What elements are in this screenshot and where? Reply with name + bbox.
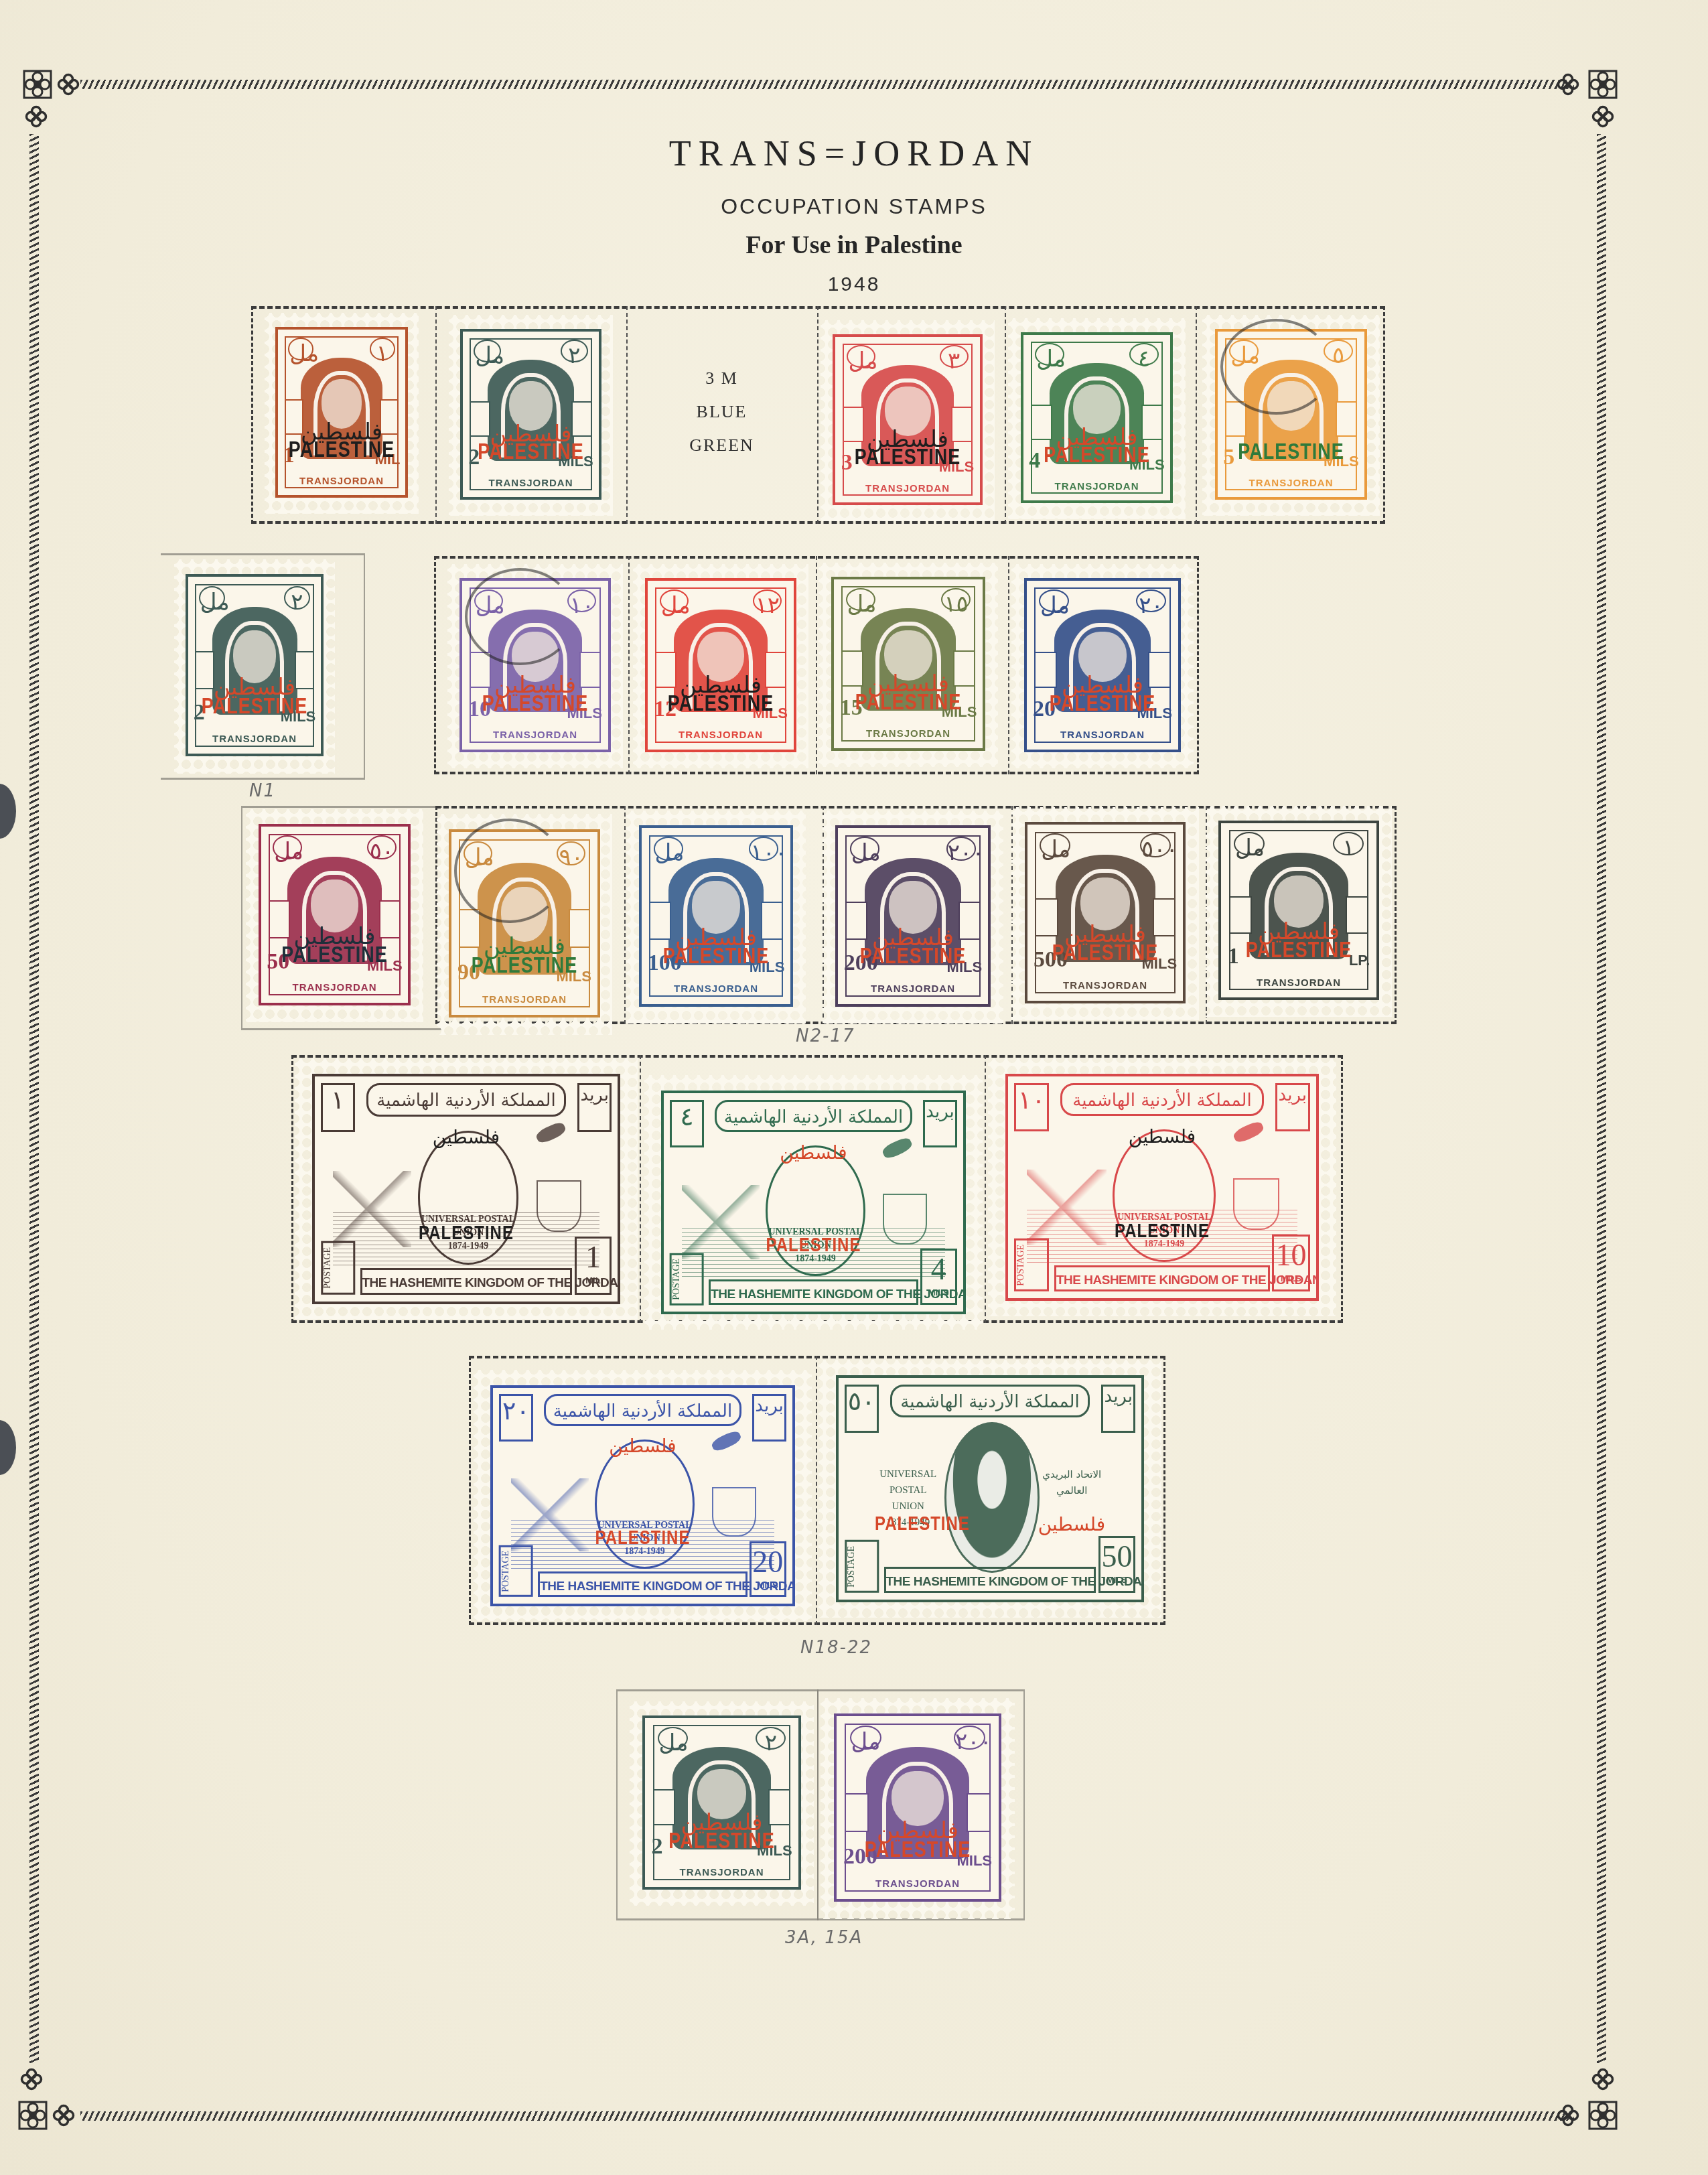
country-name: TRANSJORDAN [462, 729, 608, 741]
upu-side-text-line: UNIVERSAL POSTAL [877, 1466, 938, 1498]
page-subtitle: OCCUPATION STAMPS [0, 194, 1708, 219]
cell-divider [1196, 306, 1197, 524]
postage-arabic: مل [658, 1727, 688, 1750]
catalog-note-row5: N18-22 [800, 1638, 872, 1658]
postmark-cancel [454, 819, 565, 924]
overprint-latin: PALESTINE [835, 444, 980, 470]
country-name: THE HASHEMITE KINGDOM OF THE JORDAN [709, 1279, 918, 1306]
postmark-cancel [1220, 319, 1332, 415]
postage-arabic: مل [1035, 343, 1064, 366]
border-left [29, 134, 39, 2063]
overprint-latin: PALESTINE [1023, 442, 1171, 468]
country-name: THE HASHEMITE KINGDOM OF THE JORDAN [538, 1571, 748, 1597]
cell-divider [626, 306, 628, 524]
value-arabic: ١ [321, 1083, 355, 1132]
overprint-arabic: فلسطين [1038, 1513, 1105, 1535]
value-arabic: ١٠٠ [749, 837, 778, 860]
stamp[interactable]: مل٥٠٠500MILSTRANSJORDANفلسطينPALESTINE [1011, 807, 1199, 1020]
stamp-design: مل٤4MILSTRANSJORDANفلسطينPALESTINE [1021, 332, 1173, 503]
country-name: TRANSJORDAN [463, 478, 599, 489]
stamp[interactable]: مل٤4MILSTRANSJORDANفلسطينPALESTINE [1008, 318, 1186, 519]
postage-arabic: بريد [752, 1394, 786, 1441]
postage-arabic: مل [1234, 832, 1265, 855]
value-arabic: ١ [370, 338, 395, 360]
overprint-arabic: فلسطين [664, 1141, 963, 1164]
overprint-latin: PALESTINE [838, 944, 988, 970]
country-name: THE HASHEMITE KINGDOM OF THE JORDAN [1054, 1265, 1270, 1291]
postage-arabic: بريد [577, 1083, 612, 1132]
rosette-icon [17, 2100, 48, 2131]
stamp[interactable]: مل٢2MILSTRANSJORDANفلسطينPALESTINE [449, 315, 613, 516]
cell-divider [816, 1356, 817, 1625]
stamp-design: مل١٥15MILSTRANSJORDANفلسطينPALESTINE [831, 577, 986, 750]
overprint-latin: PALESTINE [642, 944, 791, 970]
empty-space-label-line: BLUE [636, 395, 807, 429]
rosette-icon [1587, 2100, 1618, 2131]
king-portrait [944, 1422, 1040, 1572]
value-arabic: ٢٠ [1136, 589, 1166, 612]
country-name: TRANSJORDAN [1221, 977, 1376, 989]
stamp-design: مل١1MILTRANSJORDANفلسطينPALESTINE [275, 327, 408, 498]
stamp[interactable]: ١٠بريدالمملكة الأردنية الهاشميةUNIVERSAL… [988, 1058, 1336, 1316]
empty-space-label-line: GREEN [636, 429, 807, 462]
stamp[interactable]: مل٢٠٠200MILSTRANSJORDANفلسطينPALESTINE [823, 811, 1003, 1024]
postage-arabic: مل [654, 837, 683, 860]
overprint-latin: PALESTINE [451, 953, 597, 979]
punch-hole-icon [0, 784, 16, 839]
overprint-latin: PALESTINE [261, 942, 409, 969]
value-arabic: ٤ [670, 1100, 704, 1147]
overprint-arabic: فلسطين [1008, 1125, 1316, 1147]
stamp[interactable]: ٤بريدالمملكة الأردنية الهاشميةUNIVERSAL … [644, 1075, 983, 1330]
stamp[interactable]: مل٣3MILSTRANSJORDANفلسطينPALESTINE [821, 320, 995, 521]
value-arabic: ٥٠ [845, 1385, 879, 1433]
postage-arabic: مل [847, 345, 875, 368]
stamp[interactable]: ٥٠بريدالمملكة الأردنية الهاشميةUNIVERSAL… [819, 1360, 1161, 1618]
value-arabic: ١٥ [941, 588, 971, 611]
punch-hole-icon [0, 1420, 16, 1475]
cell-divider [816, 556, 817, 774]
postage-label: POSTAGE [845, 1540, 879, 1593]
overprint-latin: PALESTINE [837, 1837, 998, 1864]
empty-space-label-line: 3 M [636, 362, 807, 395]
overprint-arabic: فلسطين [315, 1126, 618, 1148]
overprint-latin: PALESTINE [1221, 937, 1376, 963]
stamp-design: مل٥٠٠500MILSTRANSJORDANفلسطينPALESTINE [1025, 822, 1186, 1003]
rosette-icon [1587, 69, 1618, 100]
overprint-latin: PALESTINE [1027, 940, 1184, 967]
stamp[interactable]: مل٥٠50MILSTRANSJORDANفلسطينPALESTINE [246, 809, 423, 1022]
stamp[interactable]: مل٢2MILSTRANSJORDANفلسطينPALESTINE [174, 559, 335, 774]
country-name: TRANSJORDAN [838, 983, 988, 995]
postage-arabic: مل [288, 338, 313, 360]
kingdom-arabic-banner: المملكة الأردنية الهاشمية [544, 1394, 741, 1426]
border-bottom [80, 2111, 1574, 2121]
cell-divider [624, 806, 626, 1024]
year-heading: 1948 [0, 273, 1708, 296]
postage-label: POSTAGE [321, 1241, 355, 1295]
country-name: TRANSJORDAN [1023, 481, 1171, 492]
country-name: TRANSJORDAN [1027, 980, 1184, 991]
stamp-design: مل١٢12MILSTRANSJORDANفلسطينPALESTINE [645, 578, 796, 752]
stamp-design: ٢٠بريدالمملكة الأردنية الهاشميةUNIVERSAL… [490, 1385, 795, 1606]
value-arabic: ٢٠٠ [954, 1726, 985, 1750]
empty-space-label: 3 MBLUEGREEN [636, 362, 807, 462]
value-numeral: 50 [1100, 1538, 1134, 1575]
stamp-design: مل٢٠٠200MILSTRANSJORDANفلسطينPALESTINE [835, 825, 991, 1006]
stamp-design: مل٢2MILSTRANSJORDANفلسطينPALESTINE [186, 574, 324, 756]
stamp[interactable]: مل٢2MILSTRANSJORDANفلسطينPALESTINE [630, 1701, 814, 1906]
border-top [80, 80, 1574, 89]
cell-divider [628, 556, 630, 774]
catalog-note-row3: N2-17 [796, 1026, 855, 1046]
country-name: TRANSJORDAN [261, 982, 409, 993]
kingdom-arabic-banner: المملكة الأردنية الهاشمية [366, 1083, 567, 1117]
stamp-design: مل٥٠50MILSTRANSJORDANفلسطينPALESTINE [259, 824, 411, 1005]
stamp-design: مل١٠٠100MILSTRANSJORDANفلسطينPALESTINE [639, 825, 794, 1006]
cell-divider [817, 306, 819, 524]
stamp-design: مل٢2MILSTRANSJORDANفلسطينPALESTINE [460, 329, 601, 500]
usage-heading: For Use in Palestine [0, 230, 1708, 260]
overprint-latin: PALESTINE [315, 1222, 618, 1245]
country-name: TRANSJORDAN [188, 733, 321, 745]
postage-arabic: بريد [923, 1100, 957, 1147]
stamp-design: مل٣3MILSTRANSJORDANفلسطينPALESTINE [833, 334, 983, 505]
stamp[interactable]: مل١٠٠100MILSTRANSJORDANفلسطينPALESTINE [626, 811, 806, 1024]
stamp-design: مل٢2MILSTRANSJORDANفلسطينPALESTINE [642, 1715, 801, 1889]
stamp-design: مل٢٠٠200MILSTRANSJORDANفلسطينPALESTINE [834, 1713, 1001, 1902]
overprint-latin: PALESTINE [664, 1234, 963, 1257]
overprint-latin: PALESTINE [875, 1512, 970, 1535]
postage-arabic: بريد [1275, 1083, 1310, 1131]
postage-arabic: مل [1039, 589, 1069, 612]
album-page: TRANS=JORDAN OCCUPATION STAMPS For Use i… [0, 0, 1708, 2175]
cell-divider [1005, 306, 1006, 524]
postage-arabic: بريد [1101, 1385, 1135, 1433]
quatrefoil-icon [23, 104, 49, 129]
stamp-design: ٤بريدالمملكة الأردنية الهاشميةUNIVERSAL … [661, 1091, 966, 1314]
stamp-design: مل٢٠20MILSTRANSJORDANفلسطينPALESTINE [1024, 578, 1181, 752]
rosette-icon [22, 69, 53, 100]
stamp[interactable]: مل٢٠٠200MILSTRANSJORDANفلسطينPALESTINE [821, 1698, 1015, 1919]
stamp[interactable]: مل١٢12MILSTRANSJORDANفلسطينPALESTINE [633, 564, 808, 768]
stamp[interactable]: مل٢٠20MILSTRANSJORDANفلسطينPALESTINE [1011, 564, 1194, 768]
country-name: TRANSJORDAN [278, 476, 405, 487]
side-ornament [1336, 401, 1358, 437]
cell-divider [640, 1055, 641, 1323]
value-arabic: ١ [1333, 832, 1364, 855]
kingdom-arabic-banner: المملكة الأردنية الهاشمية [890, 1385, 1090, 1417]
overprint-latin: PALESTINE [1008, 1219, 1316, 1243]
country-name: TRANSJORDAN [648, 729, 793, 741]
overprint-arabic: فلسطين [493, 1435, 792, 1457]
stamp[interactable]: ١بريدالمملكة الأردنية الهاشميةUNIVERSAL … [295, 1058, 638, 1320]
postage-label: POSTAGE [670, 1253, 704, 1306]
quatrefoil-icon [1590, 104, 1616, 129]
value-arabic: ١٠ [1014, 1083, 1049, 1131]
overprint-latin: PALESTINE [648, 691, 793, 717]
overprint-latin: PALESTINE [645, 1828, 798, 1854]
country-name: TRANSJORDAN [451, 994, 597, 1005]
catalog-note-row6: 3A, 15A [785, 1928, 863, 1948]
country-name: TRANSJORDAN [642, 983, 791, 995]
cell-divider [985, 1055, 986, 1323]
overprint-latin: PALESTINE [1027, 691, 1178, 717]
overprint-latin: PALESTINE [463, 439, 599, 465]
value-arabic: ٣ [940, 345, 969, 368]
quatrefoil-icon [1555, 72, 1581, 97]
postage-label: POSTAGE [1014, 1239, 1049, 1291]
country-name: TRANSJORDAN [835, 483, 980, 494]
postmark-cancel [465, 568, 575, 665]
stamp[interactable]: ٢٠بريدالمملكة الأردنية الهاشميةUNIVERSAL… [474, 1370, 812, 1621]
stamp[interactable]: مل١1LP.TRANSJORDANفلسطينPALESTINE [1206, 806, 1392, 1017]
stamp-design: ١٠بريدالمملكة الأردنية الهاشميةUNIVERSAL… [1005, 1074, 1319, 1301]
value-arabic: ٥٠٠ [1140, 833, 1171, 857]
overprint-latin: PALESTINE [1218, 439, 1365, 465]
country-name: THE HASHEMITE KINGDOM OF THE JORDAN [360, 1268, 573, 1295]
postage-arabic: مل [474, 340, 500, 362]
postage-arabic: مل [199, 586, 226, 610]
overprint-latin: PALESTINE [834, 689, 983, 715]
country-name: TRANSJORDAN [837, 1878, 998, 1890]
value-arabic: ٢٠٠ [946, 837, 976, 860]
stamp[interactable]: مل٥5MILSTRANSJORDANPALESTINE [1202, 315, 1380, 516]
side-ornament [1225, 401, 1247, 437]
postage-arabic: مل [850, 1726, 881, 1750]
value-arabic: ١٢ [753, 589, 782, 612]
quatrefoil-icon [51, 2103, 76, 2128]
postage-label: POSTAGE [499, 1545, 533, 1597]
cell-divider [817, 1689, 819, 1920]
kingdom-arabic-banner: المملكة الأردنية الهاشمية [1060, 1083, 1264, 1116]
kingdom-arabic-banner: المملكة الأردنية الهاشمية [715, 1100, 912, 1132]
postage-arabic: مل [846, 588, 875, 611]
quatrefoil-icon [19, 2066, 44, 2092]
value-arabic: ٤ [1129, 343, 1159, 366]
stamp-design: ١بريدالمملكة الأردنية الهاشميةUNIVERSAL … [312, 1074, 621, 1304]
quatrefoil-icon [1555, 2103, 1581, 2128]
overprint-latin: PALESTINE [493, 1526, 792, 1549]
overprint-latin: PALESTINE [462, 691, 608, 717]
quatrefoil-icon [56, 72, 81, 97]
page-title: TRANS=JORDAN [0, 133, 1708, 174]
stamp-design: مل١1LP.TRANSJORDANفلسطينPALESTINE [1218, 821, 1378, 1000]
stamp[interactable]: مل١1MILTRANSJORDANفلسطينPALESTINE [265, 313, 419, 514]
postage-arabic: مل [660, 589, 689, 612]
overprint-latin: PALESTINE [188, 693, 321, 719]
country-name: TRANSJORDAN [645, 1867, 798, 1878]
cell-divider [1008, 556, 1009, 774]
country-name: TRANSJORDAN [834, 728, 983, 740]
stamp[interactable]: مل١٠10MILSTRANSJORDANفلسطينPALESTINE [447, 564, 623, 768]
border-right [1597, 134, 1606, 2063]
stamp-design: ٥٠بريدالمملكة الأردنية الهاشميةUNIVERSAL… [836, 1375, 1145, 1602]
value-arabic: ٢٠ [499, 1394, 533, 1441]
country-name: TRANSJORDAN [1218, 478, 1365, 489]
postage-arabic: مل [273, 835, 302, 859]
value-arabic: ٢ [561, 340, 587, 362]
postage-arabic: مل [1040, 833, 1070, 857]
postage-arabic: مل [850, 837, 879, 860]
country-name: TRANSJORDAN [1027, 729, 1178, 741]
quatrefoil-icon [1590, 2066, 1616, 2092]
country-name: THE HASHEMITE KINGDOM OF THE JORDAN [884, 1567, 1096, 1593]
upu-side-text-arabic: الاتحاد البريدي العالمي [1042, 1466, 1102, 1498]
stamp[interactable]: مل١٥15MILSTRANSJORDANفلسطينPALESTINE [819, 563, 998, 767]
stamp[interactable]: مل٩٠90MILSTRANSJORDANفلسطينPALESTINE [437, 814, 612, 1035]
cell-divider [435, 306, 437, 524]
value-arabic: ٥٠ [367, 835, 397, 859]
catalog-note-row2: N1 [249, 781, 276, 801]
overprint-latin: PALESTINE [278, 437, 405, 463]
